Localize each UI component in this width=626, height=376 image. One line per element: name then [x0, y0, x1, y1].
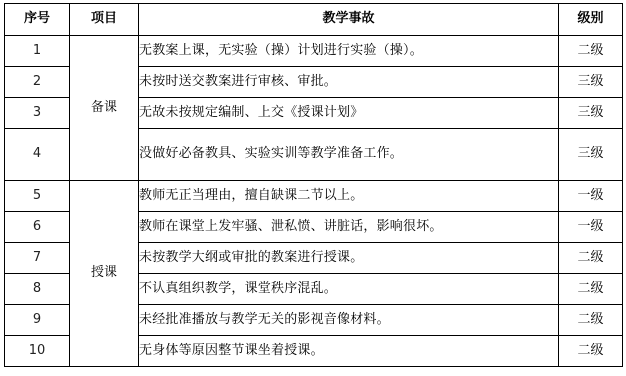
row-number: 6	[5, 212, 70, 243]
table-row: 5 授课 教师无正当理由，擅自缺课二节以上。 一级	[5, 181, 623, 212]
row-number: 9	[5, 305, 70, 336]
row-number: 8	[5, 274, 70, 305]
row-accident: 未经批准播放与教学无关的影视音像材料。	[139, 305, 559, 336]
row-level: 二级	[559, 243, 623, 274]
header-level: 级别	[559, 4, 623, 36]
header-accident: 教学事故	[139, 4, 559, 36]
row-number: 3	[5, 98, 70, 129]
row-number: 2	[5, 67, 70, 98]
row-accident: 不认真组织教学，课堂秩序混乱。	[139, 274, 559, 305]
header-row: 序号 项目 教学事故 级别	[5, 4, 623, 36]
row-accident: 没做好必备教具、实验实训等教学准备工作。	[139, 129, 559, 181]
row-number: 1	[5, 36, 70, 67]
row-accident: 无故未按规定编制、上交《授课计划》	[139, 98, 559, 129]
category-cell-teaching: 授课	[70, 181, 139, 367]
row-level: 二级	[559, 336, 623, 367]
row-level: 三级	[559, 129, 623, 181]
row-level: 三级	[559, 67, 623, 98]
row-level: 一级	[559, 212, 623, 243]
row-number: 5	[5, 181, 70, 212]
row-accident: 未按时送交教案进行审核、审批。	[139, 67, 559, 98]
row-number: 4	[5, 129, 70, 181]
row-level: 一级	[559, 181, 623, 212]
table-row: 1 备课 无教案上课，无实验（操）计划进行实验（操）。 二级	[5, 36, 623, 67]
row-accident: 无身体等原因整节课坐着授课。	[139, 336, 559, 367]
teaching-accident-table: 序号 项目 教学事故 级别 1 备课 无教案上课，无实验（操）计划进行实验（操）…	[4, 3, 623, 367]
row-level: 二级	[559, 36, 623, 67]
header-category: 项目	[70, 4, 139, 36]
row-number: 10	[5, 336, 70, 367]
row-accident: 教师无正当理由，擅自缺课二节以上。	[139, 181, 559, 212]
row-accident: 未按教学大纲或审批的教案进行授课。	[139, 243, 559, 274]
row-level: 二级	[559, 274, 623, 305]
row-accident: 无教案上课，无实验（操）计划进行实验（操）。	[139, 36, 559, 67]
row-level: 二级	[559, 305, 623, 336]
row-level: 三级	[559, 98, 623, 129]
row-accident: 教师在课堂上发牢骚、泄私愤、讲脏话，影响很坏。	[139, 212, 559, 243]
row-number: 7	[5, 243, 70, 274]
category-cell-lesson-prep: 备课	[70, 36, 139, 181]
header-number: 序号	[5, 4, 70, 36]
